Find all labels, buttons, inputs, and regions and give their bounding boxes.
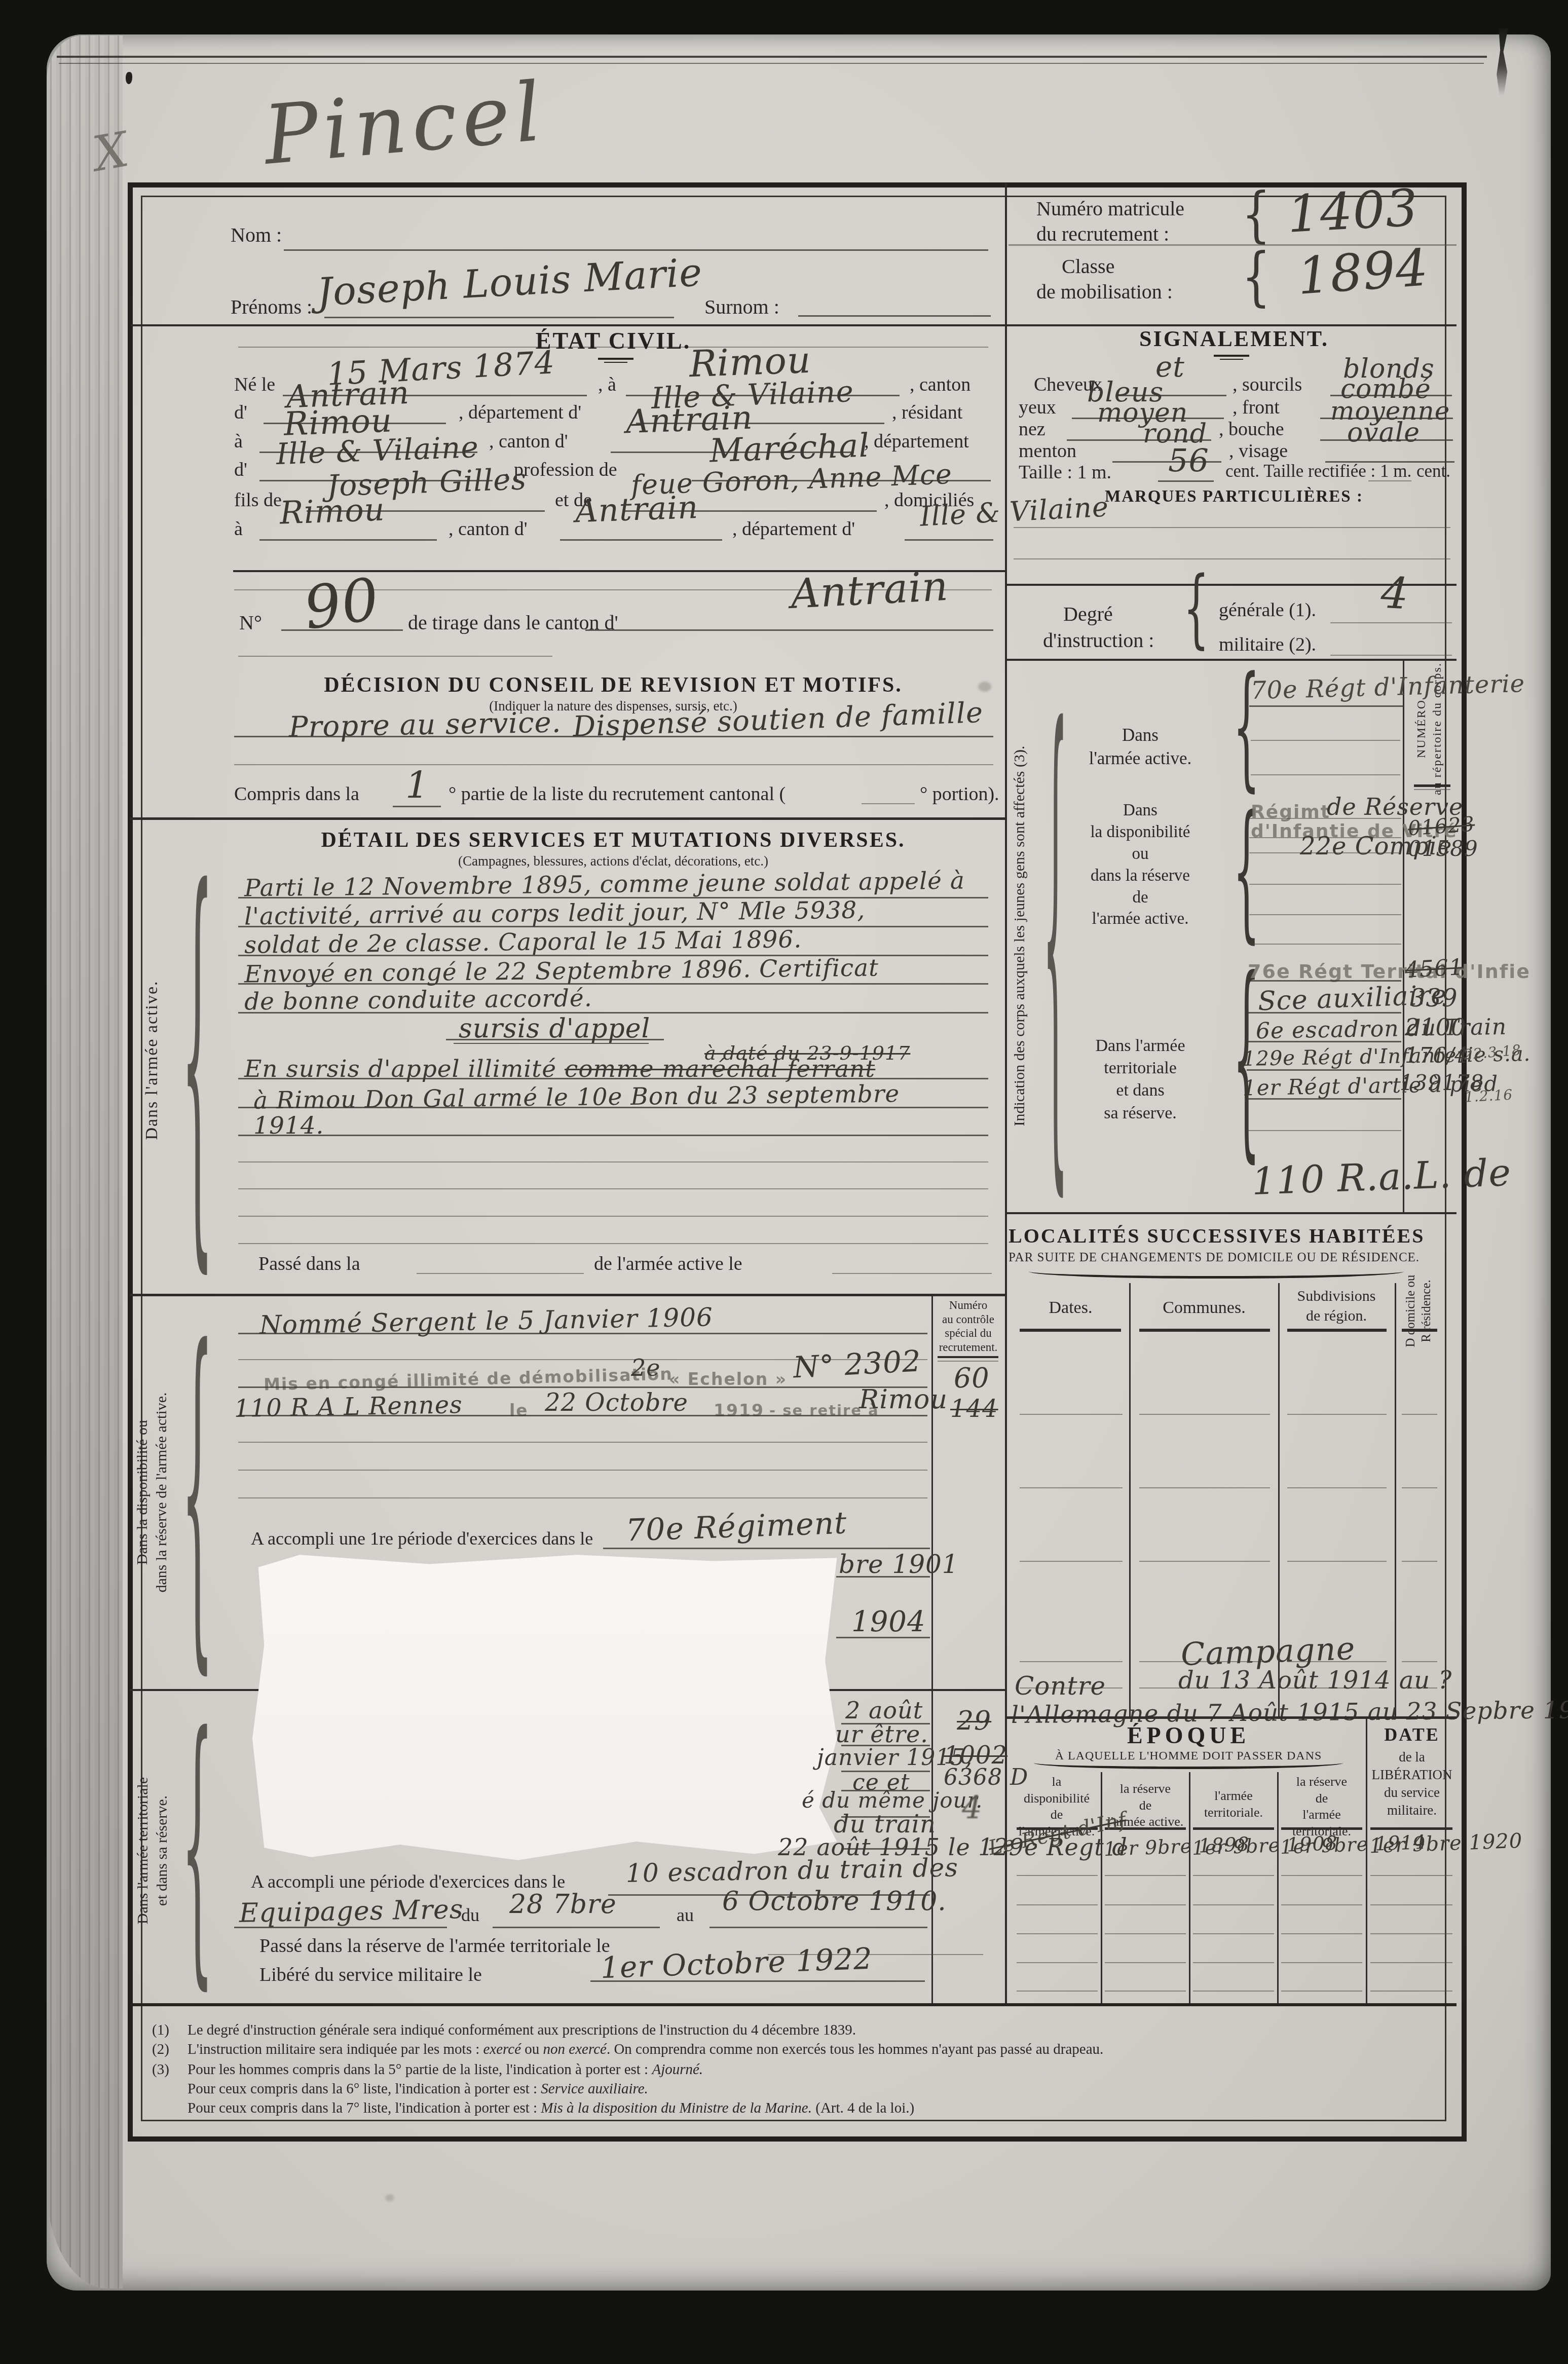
title-flourish bbox=[1214, 355, 1249, 357]
sig-front-label: , front bbox=[1233, 396, 1280, 419]
writing-line bbox=[1014, 558, 1450, 559]
loc-header-rule bbox=[1287, 1329, 1387, 1332]
dispo-date-value: 22 Octobre bbox=[545, 1389, 688, 1417]
numero-ctrl-smudge: 4 bbox=[962, 1789, 982, 1826]
footnote-2c: ou bbox=[521, 2041, 543, 2057]
corps-g3-value2: 6e escadron du Train bbox=[1256, 1014, 1507, 1044]
writing-line bbox=[238, 1188, 988, 1189]
ec-line1-label3: , canton bbox=[910, 373, 970, 396]
book-page-edges bbox=[47, 35, 123, 2288]
services-title: DÉTAIL DES SERVICES ET MUTATIONS DIVERSE… bbox=[233, 828, 993, 852]
dispo-numero-value: N° 2302 bbox=[792, 1343, 922, 1384]
ec-line2-label3: , résidant bbox=[892, 401, 962, 424]
writing-line bbox=[1249, 884, 1401, 885]
writing-line bbox=[836, 1637, 930, 1638]
ep-col-line bbox=[1189, 1772, 1190, 2004]
loc-row-line bbox=[1020, 1561, 1123, 1562]
ep-row-line bbox=[1193, 1933, 1274, 1934]
loc-row-line bbox=[1287, 1414, 1387, 1415]
loc-row-line bbox=[1139, 1487, 1270, 1488]
ec-line6-label2: , canton d' bbox=[449, 518, 528, 540]
loc-row-line bbox=[1139, 1561, 1270, 1562]
campagne-contre: Contre bbox=[1015, 1671, 1106, 1701]
stamp-le: le bbox=[509, 1401, 529, 1420]
ep-row-line bbox=[1017, 1904, 1098, 1905]
field-matricule-value: 1403 bbox=[1286, 178, 1420, 244]
writing-line bbox=[238, 1216, 988, 1217]
localites-subtitle: PAR SUITE DE CHANGEMENTS DE DOMICILE OU … bbox=[1009, 1251, 1419, 1265]
numero-ctrl-struck: 29 bbox=[957, 1706, 991, 1736]
footnote-3a: Pour les hommes compris dans la 5° parti… bbox=[188, 2061, 652, 2078]
numero-ctrl-value: 6368 D bbox=[944, 1765, 1028, 1790]
writing-line bbox=[1158, 480, 1214, 482]
ep-date-header2: de la LIBÉRATION du service militaire. bbox=[1368, 1748, 1455, 1819]
tirage-canton: Antrain bbox=[790, 562, 950, 618]
passe-active-label1: Passé dans la bbox=[258, 1253, 360, 1275]
writing-line bbox=[259, 539, 437, 541]
numero-ctrl-rule bbox=[938, 1356, 998, 1358]
ep-row-line bbox=[1281, 1991, 1362, 1992]
loc-row-line bbox=[1287, 1561, 1387, 1562]
section-divider bbox=[130, 817, 1005, 820]
writing-line bbox=[1247, 1098, 1401, 1100]
sig-taille-label2: cent. Taille rectifiée : 1 m. bbox=[1225, 461, 1411, 481]
sig-yeux-label: yeux bbox=[1019, 396, 1056, 419]
ec-line2-label: d' bbox=[234, 401, 247, 424]
side-brace: { bbox=[181, 1702, 213, 1993]
loc-col-line bbox=[1395, 1283, 1396, 1716]
sig-bouche-label: , bouche bbox=[1219, 418, 1284, 440]
ep-row-line bbox=[1105, 1991, 1186, 1992]
writing-line bbox=[710, 1927, 927, 1928]
brace-glyph: { bbox=[1242, 245, 1271, 309]
numero-ctrl-header: Numéro au contrôle spécial du recrutemen… bbox=[934, 1298, 1002, 1354]
ec-line2-label2: , département d' bbox=[459, 401, 581, 424]
field-matricule-label: Numéro matricule bbox=[1036, 197, 1184, 220]
equipages-du-label: du bbox=[461, 1904, 479, 1926]
writing-line bbox=[1249, 914, 1401, 915]
footnote-1: Le degré d'instruction générale sera ind… bbox=[188, 2022, 856, 2039]
writing-line bbox=[1330, 622, 1452, 623]
writing-line bbox=[238, 1135, 988, 1136]
fragment-text: 2 août bbox=[845, 1697, 923, 1724]
ep-row-line bbox=[1105, 1962, 1186, 1963]
section-divider bbox=[1007, 1716, 1457, 1719]
ec-line3-label2: , canton d' bbox=[489, 430, 568, 453]
writing-line bbox=[603, 1548, 930, 1549]
sig-taille-value: 56 bbox=[1168, 442, 1209, 479]
side-label-territoriale: Dans l'armée territoriale et dans sa rés… bbox=[133, 1703, 172, 1999]
footnote-num-3: (3) bbox=[152, 2061, 169, 2078]
ep-row-line bbox=[1281, 1904, 1362, 1905]
footnote-num-1: (1) bbox=[152, 2022, 169, 2039]
footnote-separator bbox=[131, 2003, 1457, 2006]
footnote-4b: Service auxiliaire. bbox=[541, 2081, 648, 2097]
loc-header-domicile-residence: D domicile ou R résidence. bbox=[1403, 1268, 1433, 1354]
writing-line bbox=[238, 1161, 988, 1162]
equipages-au-value: 6 Octobre 1910. bbox=[722, 1886, 947, 1917]
loc-row-line bbox=[1287, 1487, 1387, 1488]
loc-header-rule bbox=[1402, 1329, 1437, 1332]
writing-line bbox=[608, 1894, 930, 1896]
compris-label: Compris dans la bbox=[234, 783, 359, 805]
writing-line bbox=[1249, 818, 1401, 819]
title-flourish bbox=[604, 362, 627, 363]
ep-row-line bbox=[1193, 1991, 1274, 1992]
writing-line bbox=[238, 1386, 927, 1388]
ep-row-line bbox=[1193, 1962, 1274, 1963]
numero-corps-rule2 bbox=[1414, 789, 1450, 790]
sig-taille-label3: cent. bbox=[1416, 461, 1450, 481]
periode2-label: A accompli une période d'exercices dans … bbox=[251, 1871, 565, 1892]
dispo-unit-value: 110 R A L Rennes bbox=[234, 1391, 463, 1423]
ep-col3-header: l'armée territoriale. bbox=[1191, 1788, 1276, 1821]
side-label-indication-corps: Indication des corps auxquels les jeunes… bbox=[1011, 664, 1029, 1209]
writing-line bbox=[585, 629, 993, 631]
writing-line bbox=[1247, 980, 1401, 982]
ep-col-line bbox=[1366, 1718, 1367, 2004]
writing-line bbox=[238, 1078, 988, 1079]
writing-line bbox=[454, 1043, 649, 1044]
decision-title: DÉCISION DU CONSEIL DE REVISION ET MOTIF… bbox=[233, 673, 993, 697]
footnote-5a: Pour ceux compris dans la 7° liste, l'in… bbox=[188, 2100, 541, 2116]
corps-g3-num-struck: 4561 bbox=[1404, 954, 1464, 983]
services-subtitle: (Campagnes, blessures, actions d'éclat, … bbox=[233, 853, 993, 869]
loc-row-line bbox=[1020, 1661, 1123, 1662]
epoque-title: ÉPOQUE bbox=[1014, 1722, 1363, 1749]
campagne-dates1: du 13 Août 1914 au ? bbox=[1178, 1666, 1452, 1695]
degre-label1: Degré bbox=[1063, 602, 1113, 626]
footnote-3b: Ajourné. bbox=[652, 2061, 703, 2078]
loc-row-line bbox=[1139, 1414, 1270, 1415]
side-label-armee-active: Dans l'armée active. bbox=[142, 831, 163, 1290]
writing-line bbox=[238, 656, 552, 657]
equipages-au-label: au bbox=[677, 1904, 694, 1926]
corps-g3-num3: 2100 bbox=[1405, 1014, 1466, 1041]
services-line3: soldat de 2e classe. Caporal le 15 Mai 1… bbox=[244, 925, 802, 959]
sig-visage-label: , visage bbox=[1229, 440, 1288, 462]
brace-glyph: { bbox=[1183, 566, 1209, 651]
ep-row-line bbox=[1017, 1933, 1098, 1934]
ep-row-line bbox=[1017, 1875, 1098, 1876]
writing-line bbox=[238, 1107, 988, 1108]
loc-row-line bbox=[1402, 1561, 1437, 1562]
writing-line bbox=[862, 803, 915, 804]
sig-nez-label: nez bbox=[1019, 418, 1046, 440]
ec-line3-label3: , département bbox=[864, 430, 969, 453]
field-classe-value: 1894 bbox=[1295, 238, 1430, 306]
writing-line bbox=[1249, 852, 1401, 853]
writing-line bbox=[446, 1039, 664, 1040]
writing-line bbox=[590, 1980, 925, 1982]
footnote-4: Pour ceux compris dans la 6° liste, l'in… bbox=[188, 2081, 648, 2097]
writing-line bbox=[1014, 527, 1450, 528]
ec-line6-label: à bbox=[234, 518, 243, 540]
loc-header-subdivisions: Subdivisions de région. bbox=[1280, 1286, 1393, 1326]
ep-header-rule bbox=[1370, 1827, 1452, 1830]
ec-line1-label: Né le bbox=[234, 373, 275, 396]
footnote-3: Pour les hommes compris dans la 5° parti… bbox=[188, 2061, 703, 2078]
compris-label3: ° portion). bbox=[920, 783, 999, 805]
ec-line5-label: fils de bbox=[234, 489, 282, 511]
ep-row-line bbox=[1193, 1904, 1274, 1905]
ep-header-rule bbox=[1281, 1827, 1362, 1830]
fragment-text: 1904 bbox=[851, 1605, 926, 1638]
ep-row-line bbox=[1105, 1933, 1186, 1934]
ep-row-line bbox=[1105, 1904, 1186, 1905]
footnote-5: Pour ceux compris dans la 7° liste, l'in… bbox=[188, 2100, 914, 2117]
signalement-title: SIGNALEMENT. bbox=[1009, 326, 1460, 352]
ep-header-rule bbox=[1193, 1827, 1274, 1830]
corps-g3-label: Dans l'armée territoriale et dans sa rés… bbox=[1064, 1035, 1216, 1124]
writing-line bbox=[493, 1927, 660, 1928]
services-line5: de bonne conduite accordé. bbox=[244, 984, 592, 1016]
page-top-rule-thin bbox=[59, 63, 1484, 64]
title-flourish bbox=[1220, 359, 1243, 360]
ep-row-line bbox=[1281, 1933, 1362, 1934]
loc-row-line bbox=[1402, 1487, 1437, 1488]
writing-line bbox=[560, 539, 722, 541]
numero-ctrl-rule2 bbox=[938, 1361, 998, 1362]
writing-line bbox=[284, 249, 988, 251]
ec-line3-label: à bbox=[234, 430, 243, 453]
writing-line bbox=[238, 983, 988, 985]
section-divider bbox=[130, 1294, 1005, 1296]
writing-line bbox=[234, 764, 993, 765]
writing-line bbox=[905, 539, 993, 541]
writing-line bbox=[1368, 480, 1411, 481]
ec-line4-label: d' bbox=[234, 459, 247, 481]
field-prenoms-label: Prénoms : bbox=[231, 295, 312, 319]
writing-line bbox=[1251, 740, 1400, 741]
ep-date-header: DATE bbox=[1368, 1724, 1455, 1745]
white-patch-overlay bbox=[252, 1552, 843, 1863]
ep-row-line bbox=[1370, 1875, 1452, 1876]
field-nom-label: Nom : bbox=[231, 223, 282, 247]
paper-speck bbox=[385, 2194, 394, 2201]
sig-menton-label: menton bbox=[1019, 440, 1076, 462]
ep-row-line bbox=[1105, 1875, 1186, 1876]
ep-row-line bbox=[1370, 1991, 1452, 1992]
ep-row-line bbox=[1370, 1962, 1452, 1963]
ep-row-line bbox=[1017, 1991, 1098, 1992]
fragment-text: ur être. bbox=[835, 1720, 928, 1748]
footnote-5b: Mis à la disposition du Ministre de la M… bbox=[541, 2100, 812, 2116]
loc-header-rule bbox=[1020, 1329, 1121, 1332]
corps-g2-label: Dans la disponibilité ou dans la réserve… bbox=[1064, 800, 1216, 930]
title-flourish bbox=[598, 358, 633, 360]
writing-line bbox=[238, 1470, 927, 1471]
fragment-text: é du même jour. bbox=[802, 1788, 983, 1813]
numero-corps-rule bbox=[1414, 784, 1450, 787]
ec-line1-label2: , à bbox=[598, 373, 616, 396]
sig-sourcils-label: , sourcils bbox=[1233, 373, 1302, 396]
ep-row-line bbox=[1370, 1933, 1452, 1934]
tirage-label: N° bbox=[239, 611, 262, 634]
corps-g2-num: 01589 bbox=[1408, 836, 1478, 861]
ep-col-line bbox=[1277, 1772, 1279, 2004]
writing-line bbox=[1247, 1041, 1401, 1042]
section-divider bbox=[1007, 1212, 1457, 1214]
writing-line bbox=[1247, 1069, 1401, 1071]
etat-civil-title: ÉTAT CIVIL. bbox=[233, 327, 993, 354]
tirage-number: 90 bbox=[300, 565, 384, 643]
numero-ctrl-value: 60 bbox=[954, 1362, 990, 1394]
footnote-2e: . On comprendra comme non exercés tous l… bbox=[607, 2041, 1103, 2057]
libere-label: Libéré du service militaire le bbox=[259, 1964, 482, 1986]
numero-corps-col-line bbox=[1403, 660, 1404, 1213]
writing-line bbox=[238, 1497, 927, 1498]
writing-line bbox=[281, 629, 403, 631]
field-classe-label: Classe bbox=[1062, 254, 1114, 278]
writing-line bbox=[417, 1273, 584, 1274]
field-classe-label2: de mobilisation : bbox=[1036, 280, 1173, 304]
writing-line bbox=[238, 1415, 927, 1416]
writing-line bbox=[832, 1273, 992, 1274]
corps-g1-label: Dans l'armée active. bbox=[1064, 724, 1216, 770]
degre-generale-label: générale (1). bbox=[1219, 599, 1316, 621]
footnote-4a: Pour ceux compris dans la 6° liste, l'in… bbox=[188, 2081, 541, 2097]
writing-line bbox=[324, 317, 674, 318]
decision-value1: Propre au service. bbox=[288, 706, 562, 743]
loc-header-communes: Communes. bbox=[1131, 1298, 1277, 1318]
footnote-2: L'instruction militaire sera indiquée pa… bbox=[188, 2041, 1103, 2058]
side-label-disponibilite: Dans la disponibilité ou dans la réserve… bbox=[133, 1302, 171, 1682]
footnote-2d: non exercé bbox=[543, 2041, 607, 2057]
writing-line bbox=[238, 1333, 927, 1334]
dispo-echelon-value: 2e bbox=[631, 1354, 661, 1381]
equipages-value: Equipages Mres bbox=[239, 1894, 464, 1929]
writing-line bbox=[238, 1243, 988, 1244]
loc-row-line bbox=[1402, 1414, 1437, 1415]
corps-g2-stamp1: Régimt bbox=[1251, 802, 1330, 822]
writing-line bbox=[238, 897, 988, 898]
writing-line bbox=[238, 1442, 927, 1443]
footnote-2a: L'instruction militaire sera indiquée pa… bbox=[188, 2041, 483, 2057]
main-column-divider bbox=[1005, 183, 1007, 2006]
stamp-1919: 1919 bbox=[714, 1401, 764, 1420]
ep-row-line bbox=[1370, 1904, 1452, 1905]
loc-header-rule bbox=[1139, 1329, 1270, 1332]
equipages-du-value: 28 7bre bbox=[509, 1889, 617, 1920]
writing-line bbox=[1247, 1012, 1401, 1014]
corps-g3-stamp: 76e Régt Territal d'Infie bbox=[1248, 960, 1530, 983]
periode1-label: A accompli une 1re période d'exercices d… bbox=[251, 1528, 593, 1549]
ep-row-line bbox=[1193, 1875, 1274, 1876]
field-matricule-label2: du recrutement : bbox=[1036, 222, 1169, 246]
side-brace: { bbox=[181, 843, 213, 1275]
fragment-text: bre 1901 bbox=[839, 1550, 959, 1579]
writing-line bbox=[234, 736, 993, 737]
passe-territoriale-label: Passé dans la réserve de l'armée territo… bbox=[259, 1935, 610, 1957]
localites-title: LOCALITÉS SUCCESSIVES HABITÉES bbox=[1009, 1224, 1419, 1248]
writing-line bbox=[1249, 944, 1401, 945]
writing-line bbox=[393, 806, 441, 807]
footnote-2b: exercé bbox=[483, 2041, 521, 2057]
writing-line bbox=[836, 1576, 930, 1578]
ep-row-line bbox=[1281, 1875, 1362, 1876]
dispo-retire-value: Rimou bbox=[859, 1384, 948, 1415]
writing-line bbox=[1249, 705, 1404, 707]
loc-row-line bbox=[1020, 1414, 1123, 1415]
corps-g3-num2: 339 bbox=[1410, 984, 1458, 1012]
ec-canton3: Antrain bbox=[575, 489, 699, 530]
writing-line bbox=[1247, 1130, 1401, 1131]
sig-taille-label: Taille : 1 m. bbox=[1019, 461, 1111, 483]
side-brace: { bbox=[181, 1308, 213, 1677]
numero-ctrl-struck: 144 bbox=[950, 1395, 998, 1423]
marques-title: MARQUES PARTICULIÈRES : bbox=[1009, 487, 1460, 506]
passe-active-label2: de l'armée active le bbox=[594, 1253, 742, 1275]
periode2-value: 10 escadron du train des bbox=[626, 1853, 959, 1888]
field-surnom-label: Surnom : bbox=[704, 295, 779, 319]
footnote-num-2: (2) bbox=[152, 2041, 169, 2058]
corps-g3-num4: 176/4 bbox=[1405, 1043, 1469, 1068]
footnote-5c: (Art. 4 de la loi.) bbox=[812, 2100, 914, 2116]
compris-value: 1 bbox=[405, 764, 429, 807]
ep-row-line bbox=[1017, 1962, 1098, 1963]
corps-bottom-handwriting: 110 R.a.L. de bbox=[1251, 1151, 1512, 1204]
degre-generale-value: 4 bbox=[1379, 568, 1410, 620]
ep-col-line bbox=[1101, 1772, 1102, 2004]
page-top-rule bbox=[57, 56, 1487, 58]
writing-line bbox=[1251, 774, 1400, 775]
writing-line bbox=[234, 1927, 447, 1928]
sig-visage-value: ovale bbox=[1347, 418, 1420, 448]
ep-row-line bbox=[1281, 1962, 1362, 1963]
section-divider bbox=[1007, 659, 1457, 661]
loc-row-line bbox=[1020, 1487, 1123, 1488]
ec-domicile: Rimou bbox=[279, 491, 386, 531]
margin-note: 1.2.16 bbox=[1464, 1086, 1513, 1106]
brace-glyph: { bbox=[1242, 186, 1271, 245]
ec-line6-label3: , département d' bbox=[732, 518, 855, 540]
loc-header-dates: Dates. bbox=[1014, 1298, 1128, 1318]
compris-label2: ° partie de la liste du recrutement cant… bbox=[449, 783, 786, 805]
loc-col-line bbox=[1129, 1283, 1131, 1716]
loc-row-line bbox=[1402, 1661, 1437, 1662]
writing-line bbox=[798, 315, 991, 317]
